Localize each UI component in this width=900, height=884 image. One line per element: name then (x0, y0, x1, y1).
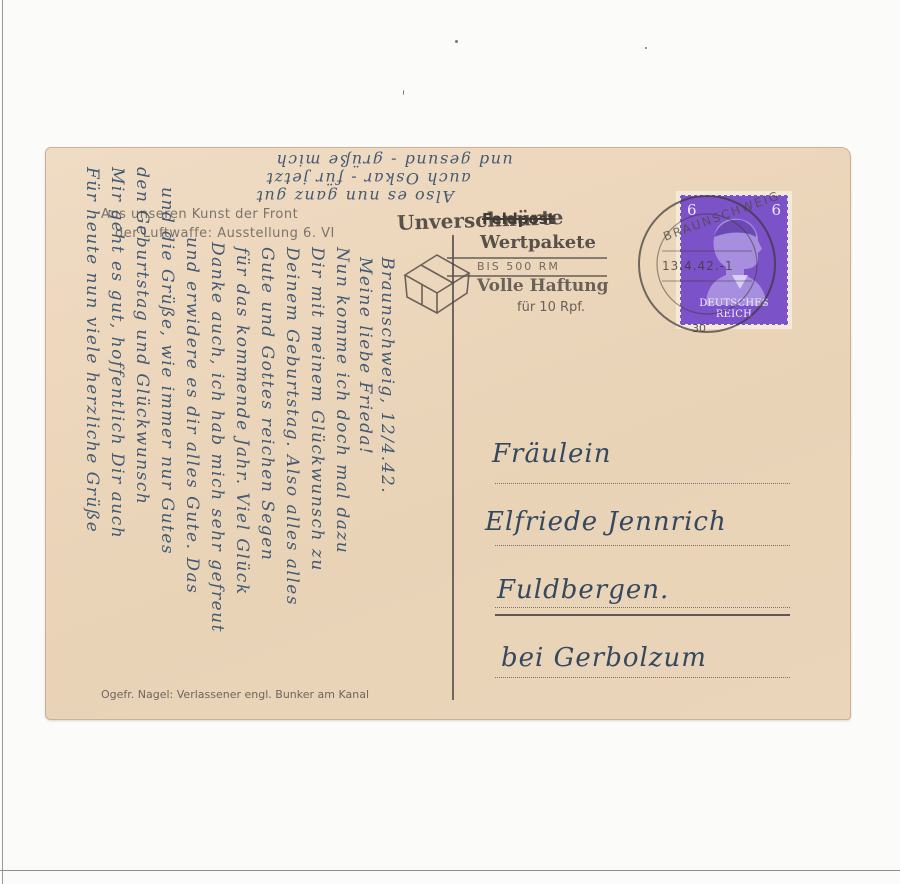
message-line: den Geburtstag und Glückwunsch (132, 167, 152, 505)
message-line: Mir geht es gut, hoffentlich Dir auch (107, 167, 127, 539)
message-greeting: Meine liebe Frieda! (355, 257, 375, 455)
album-page-edge-left (2, 0, 3, 884)
message-line: Nun komme ich doch mal dazu (332, 247, 352, 554)
message-line: und erwidere es dir alles Gute. Das (182, 237, 202, 594)
message-line: Für heute nun viele herzliche Grüße (82, 167, 102, 533)
slogan-line-3: BIS 500 RM (477, 260, 560, 273)
slogan-line-2: Wertpakete (480, 232, 596, 253)
address-dotted-line (495, 677, 790, 678)
cancel-bar (447, 257, 607, 259)
message-line: und die Grüße, wie immer nur Gutes (157, 187, 177, 555)
address-line-4: bei Gerbolzum (501, 643, 707, 673)
postcard: Aus unseren Kunst der Front der Luftwaff… (45, 147, 851, 720)
address-dotted-line (495, 545, 790, 546)
message-line: Danke auch, ich hab mich sehr gefreut (207, 242, 227, 633)
message-place-date: Braunschweig, 12/4.42. (377, 257, 397, 494)
postmark-date: 13.4.42.-1 (662, 259, 734, 273)
dust-speck (645, 47, 647, 49)
message-line: Deinem Geburtstag. Also alles alles (282, 247, 302, 606)
slogan-line-5: für 10 Rpf. (517, 300, 585, 315)
front-caption-bottom: Ogefr. Nagel: Verlassener engl. Bunker a… (101, 688, 369, 701)
dust-speck (403, 90, 404, 95)
feldpost-label: Feldpost (482, 210, 555, 228)
message-line: Dir mit meinem Glückwunsch zu (307, 247, 327, 572)
address-line-1: Fräulein (492, 439, 611, 469)
address-dotted-line (495, 607, 790, 608)
postmark-code: 30 (692, 322, 706, 335)
address-line-2: Elfriede Jennrich (485, 507, 727, 537)
message-top-line: und gesund - grüße mich (275, 151, 513, 170)
address-line-3: Fuldbergen. (497, 575, 669, 605)
slogan-line-4: Volle Haftung (477, 276, 608, 296)
message-top-line: auch Oskar - für jetzt (265, 169, 471, 188)
message-line: Gute und Gottes reichen Segen (257, 247, 277, 561)
message-line: für das kommende Jahr. Viel Glück (232, 247, 252, 596)
album-page-edge-bottom (0, 870, 900, 871)
dust-speck (455, 40, 458, 43)
address-underline (495, 614, 790, 616)
address-dotted-line (495, 483, 790, 484)
